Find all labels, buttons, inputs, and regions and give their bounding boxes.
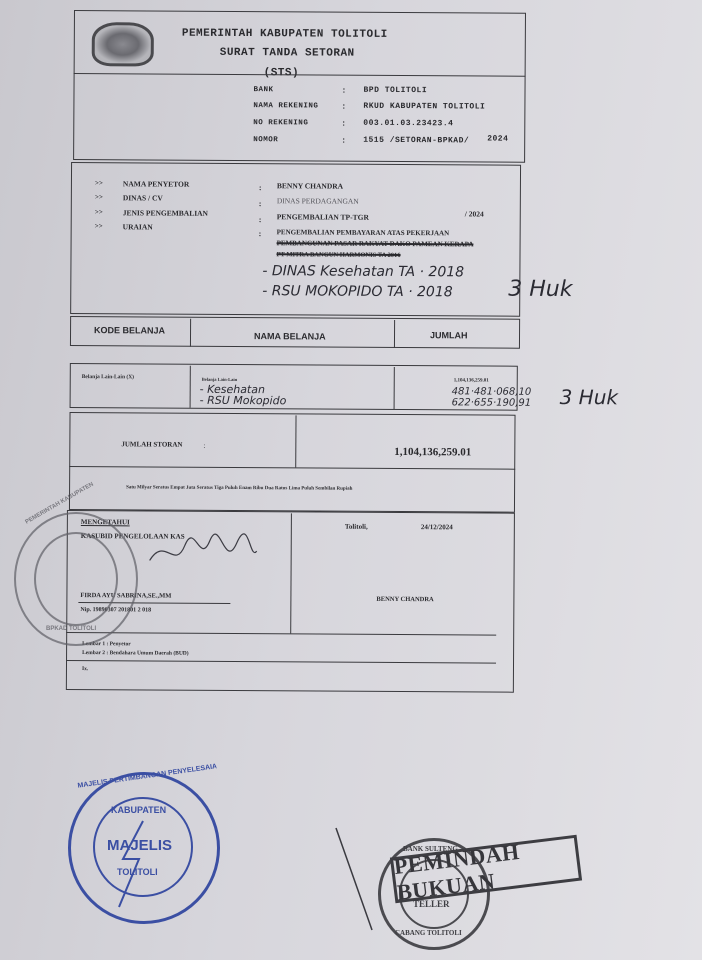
- depositor-name-label: NAMA PENYETOR: [123, 179, 189, 188]
- handwritten-note-2: - RSU MOKOPIDO TA · 2018: [262, 283, 452, 300]
- government-stamp: PEMERINTAH KABUPATEN BPKAD TOLITOLI: [14, 512, 138, 646]
- regency-emblem-icon: [92, 22, 154, 66]
- refund-type-value: PENGEMBALIAN TP-TGR: [277, 212, 369, 222]
- row-amount-hand-2: 622·655·190,91: [452, 397, 532, 408]
- total-box: [69, 412, 516, 513]
- col-header-name: NAMA BELANJA: [254, 331, 326, 341]
- council-signature: [113, 819, 153, 909]
- description-sep: :: [259, 229, 262, 238]
- bank-teller-stamp-bottom: CABANG TOLITOLI: [395, 929, 462, 937]
- pen-stroke: [332, 826, 382, 936]
- col-header-amount: JUMLAH: [430, 330, 468, 340]
- bullet-3: >>: [95, 208, 103, 216]
- handwritten-initial-2: 3 Huk: [560, 385, 619, 409]
- agency-sep: :: [259, 199, 262, 208]
- number-sep: :: [341, 137, 346, 146]
- government-stamp-bottom: BPKAD TOLITOLI: [46, 626, 96, 632]
- number-year: 2024: [487, 135, 508, 144]
- row-amount-printed: 1,104,136,259.01: [454, 378, 489, 383]
- row-name-hand-2: - RSU Mokopido: [200, 394, 287, 408]
- depositor-name-value: BENNY CHANDRA: [277, 181, 343, 190]
- row-name-printed: Belanja Lain-Lain: [202, 377, 237, 382]
- total-amount: 1,104,136,259.01: [394, 446, 471, 458]
- account-number-sep: :: [341, 120, 346, 129]
- header-title-1: PEMERINTAH KABUPATEN TOLITOLI: [182, 28, 388, 41]
- signature-place: Tolitoli,: [345, 523, 368, 531]
- signature-date: 24/12/2024: [421, 523, 453, 531]
- account-name-value: RKUD KABUPATEN TOLITOLI: [363, 102, 485, 112]
- col-header-code: KODE BELANJA: [94, 325, 165, 335]
- row-code: Belanja Lain-Lain (X): [82, 374, 134, 380]
- council-stamp: MAJELIS PERTIMBANGAN PENYELESAIAN KERUGI…: [68, 772, 220, 924]
- refund-type-year: / 2024: [465, 209, 484, 218]
- row-amount-hand-1: 481·481·068,10: [452, 386, 532, 397]
- col-divider-1: [190, 319, 191, 347]
- agency-label: DINAS / CV: [123, 193, 163, 202]
- account-number-label: NO REKENING: [253, 119, 308, 127]
- total-label: JUMLAH STORAN: [121, 440, 182, 448]
- handwritten-note-1: - DINAS Kesehatan TA · 2018: [262, 263, 464, 280]
- council-stamp-outer-text: MAJELIS PERTIMBANGAN PENYELESAIAN KERUGI…: [77, 763, 217, 789]
- bullet-2: >>: [95, 193, 103, 201]
- copy-3: Ix.: [82, 666, 88, 672]
- refund-type-sep: :: [259, 215, 262, 224]
- depositor-name-sep: :: [259, 183, 262, 192]
- number-label: NOMOR: [253, 136, 278, 144]
- copy-2: Lembar 2 : Bendahara Umum Daerah (BUD): [82, 650, 189, 657]
- refund-type-label: JENIS PENGEMBALIAN: [123, 208, 208, 218]
- bullet-4: >>: [95, 222, 103, 230]
- description-struck-2: PT MITRA BANGUN HARMONIS TA 2016: [276, 251, 400, 259]
- agency-value: DINAS PERDAGANGAN: [277, 196, 359, 206]
- government-stamp-inner: [34, 532, 118, 626]
- bank-label: BANK: [253, 86, 273, 94]
- bullet-1: >>: [95, 179, 103, 187]
- bank-value: BPD TOLITOLI: [363, 86, 427, 95]
- account-number-value: 003.01.03.23423.4: [363, 119, 453, 129]
- council-stamp-top: KABUPATEN: [111, 805, 166, 815]
- sts-document: PEMERINTAH KABUPATEN TOLITOLI SURAT TAND…: [70, 10, 528, 693]
- description-struck-1: PEMBANGUNAN PASAR RAKYAT DAKO PAMEAN KER…: [277, 239, 474, 248]
- total-sep: :: [203, 442, 205, 450]
- official-signature: [145, 530, 265, 581]
- account-name-sep: :: [341, 103, 346, 112]
- handwritten-initial-1: 3 Huk: [508, 277, 572, 302]
- depositor-signature-name: BENNY CHANDRA: [376, 596, 433, 603]
- header-title-2: SURAT TANDA SETORAN: [220, 47, 355, 60]
- description-label: URAIAN: [123, 222, 153, 231]
- bank-sep: :: [341, 87, 346, 96]
- col-divider-2: [394, 320, 395, 348]
- account-name-label: NAMA REKENING: [253, 102, 318, 110]
- number-value: 1515 /SETORAN-BPKAD/: [363, 136, 469, 146]
- description-value: PENGEMBALIAN PEMBAYARAN ATAS PEKERJAAN: [277, 228, 450, 237]
- table-row: [70, 363, 518, 411]
